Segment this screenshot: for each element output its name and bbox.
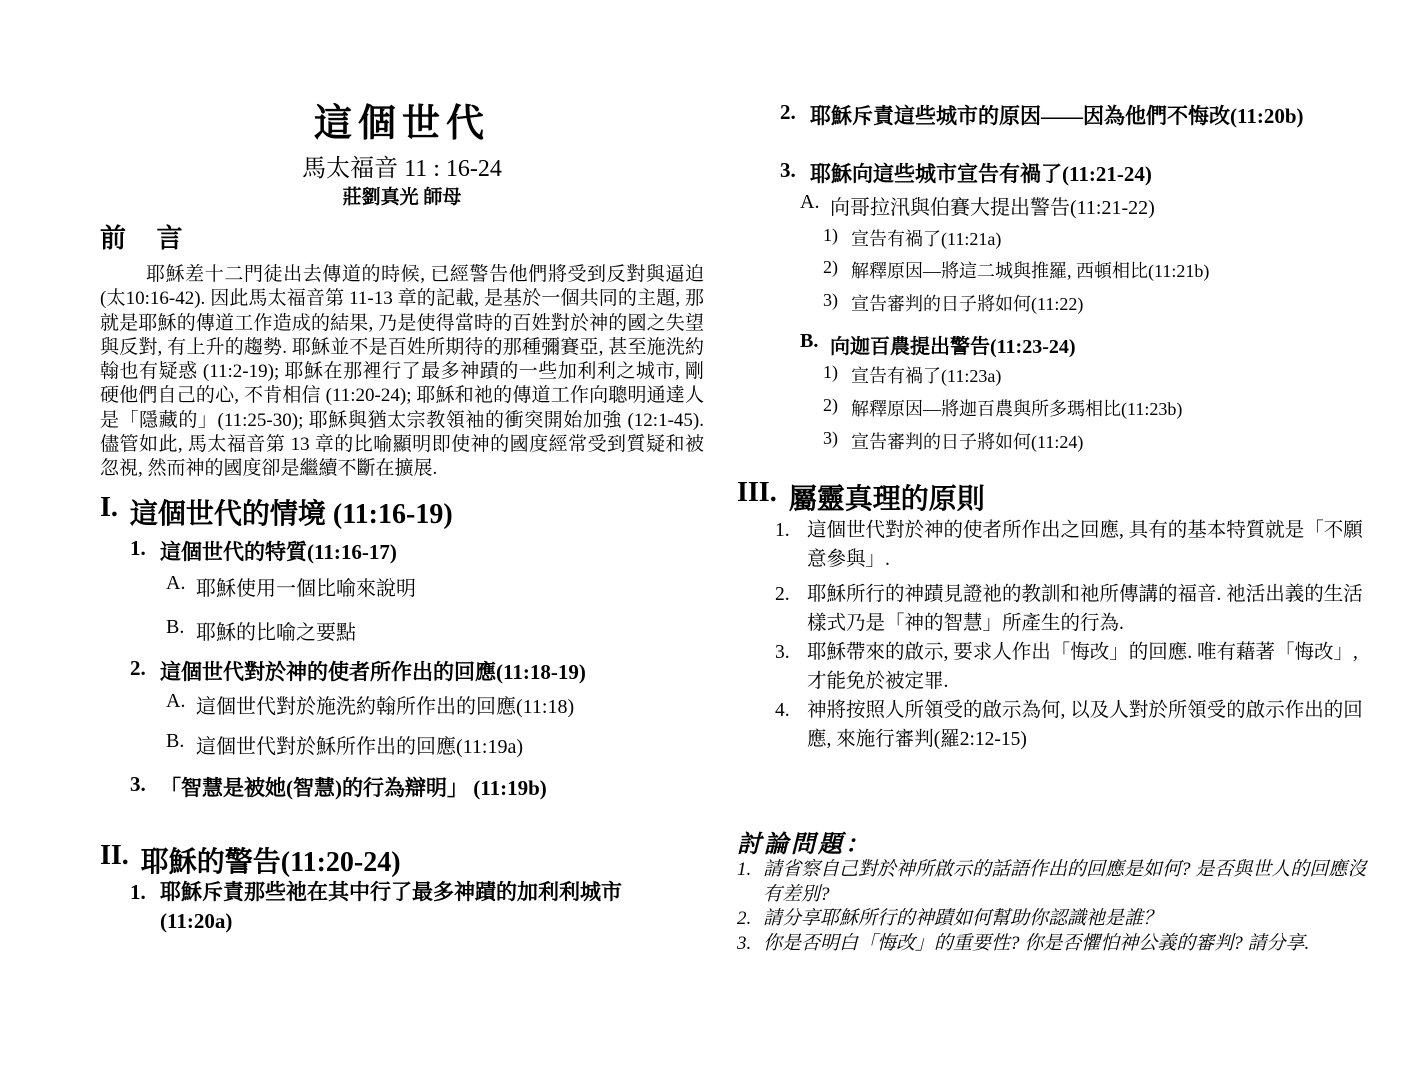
discussion-questions: 1. 請省察自己對於神所啟示的話語作出的回應是如何? 是否與世人的回應沒有差別?… bbox=[737, 858, 1377, 956]
section-title: 耶穌的警告(11:20-24) bbox=[141, 840, 401, 880]
item-text: 耶穌斥責這些城市的原因——因為他們不悔改(11:20b) bbox=[810, 100, 1304, 130]
item-text: 這個世代對於神的使者所作出的回應(11:18-19) bbox=[160, 656, 586, 686]
item-number: A. bbox=[166, 572, 196, 595]
item-number: B. bbox=[800, 330, 830, 353]
item-text: 這個世代對於穌所作出的回應(11:19a) bbox=[196, 730, 523, 759]
outline-item-2-3-a-3: 3) 宣告審判的日子將如何(11:22) bbox=[823, 290, 1083, 316]
outline-item-1-1-a: A. 耶穌使用一個比喻來說明 bbox=[166, 572, 416, 601]
item-text: 請省察自己對於神所啟示的話語作出的回應是如何? 是否與世人的回應沒有差別? bbox=[763, 858, 1377, 907]
outline-item-2-3-b-2: 2) 解釋原因—將迦百農與所多瑪相比(11:23b) bbox=[823, 395, 1182, 421]
item-text: 向哥拉汛與伯賽大提出警告(11:21-22) bbox=[830, 191, 1155, 220]
principle-3: 3. 耶穌帶來的啟示, 要求人作出「悔改」的回應. 唯有藉著「悔改」, 才能免於… bbox=[775, 638, 1365, 696]
left-column: 這個世代 馬太福音 11 : 16-24 莊劉真光 師母 前 言 耶穌差十二門徒… bbox=[100, 0, 704, 1088]
item-number: 1. bbox=[130, 536, 160, 561]
section-title: 這個世代的情境 (11:16-19) bbox=[130, 492, 453, 532]
item-number: B. bbox=[166, 616, 196, 639]
author-name: 莊劉真光 師母 bbox=[100, 182, 704, 209]
outline-item-2-3: 3. 耶穌向這些城市宣告有禍了(11:21-24) bbox=[780, 158, 1152, 188]
outline-item-1-2-a: A. 這個世代對於施洗約翰所作出的回應(11:18) bbox=[166, 690, 574, 719]
principle-4: 4. 神將按照人所領受的啟示為何, 以及人對於所領受的啟示作出的回應, 來施行審… bbox=[775, 696, 1365, 754]
item-text: 「智慧是被她(智慧)的行為辯明」 (11:19b) bbox=[160, 772, 547, 802]
page-title: 這個世代 bbox=[100, 92, 704, 147]
outline-item-2-3-b: B. 向迦百農提出警告(11:23-24) bbox=[800, 330, 1076, 359]
item-text: 解釋原因—將這二城與推羅, 西頓相比(11:21b) bbox=[851, 257, 1209, 283]
outline-item-1-3: 3. 「智慧是被她(智慧)的行為辯明」 (11:19b) bbox=[130, 772, 547, 802]
item-number: 1) bbox=[823, 225, 851, 246]
section-number: II. bbox=[100, 840, 129, 872]
item-number: 1. bbox=[737, 858, 763, 883]
section-title: 屬靈真理的原則 bbox=[789, 477, 985, 517]
item-number: 2. bbox=[780, 100, 810, 125]
item-number: A. bbox=[166, 690, 196, 713]
section-heading-3: III. 屬靈真理的原則 bbox=[737, 477, 985, 517]
discussion-question-1: 1. 請省察自己對於神所啟示的話語作出的回應是如何? 是否與世人的回應沒有差別? bbox=[737, 858, 1377, 907]
foreword-paragraph: 耶穌差十二門徒出去傳道的時候, 已經警告他們將受到反對與逼迫(太10:16-42… bbox=[100, 263, 704, 482]
item-number: 1) bbox=[823, 362, 851, 383]
section-number: I. bbox=[100, 492, 118, 524]
item-text: 神將按照人所領受的啟示為何, 以及人對於所領受的啟示作出的回應, 來施行審判(羅… bbox=[807, 696, 1365, 754]
item-text: 耶穌使用一個比喻來說明 bbox=[196, 572, 416, 601]
outline-item-1-1-b: B. 耶穌的比喻之要點 bbox=[166, 616, 356, 645]
item-number: 1. bbox=[775, 516, 807, 545]
item-number: 3. bbox=[775, 638, 807, 667]
discussion-heading: 討論問題： bbox=[737, 824, 872, 859]
section-heading-1: I. 這個世代的情境 (11:16-19) bbox=[100, 492, 453, 532]
item-number: 3. bbox=[737, 932, 763, 957]
item-text: 這個世代對於施洗約翰所作出的回應(11:18) bbox=[196, 690, 574, 719]
outline-item-1-2-b: B. 這個世代對於穌所作出的回應(11:19a) bbox=[166, 730, 523, 759]
outline-item-2-3-a-1: 1) 宣告有禍了(11:21a) bbox=[823, 225, 1001, 251]
item-number: 3) bbox=[823, 428, 851, 449]
item-text: 向迦百農提出警告(11:23-24) bbox=[830, 330, 1076, 359]
item-number: 3) bbox=[823, 290, 851, 311]
item-text: 耶穌所行的神蹟見證祂的教訓和祂所傳講的福音. 祂活出義的生活樣式乃是「神的智慧」… bbox=[807, 580, 1365, 638]
item-number: 3. bbox=[780, 158, 810, 183]
item-text: 這個世代的特質(11:16-17) bbox=[160, 536, 397, 566]
outline-item-2-1: 1. 耶穌斥責那些祂在其中行了最多神蹟的加利利城市 (11:20a) bbox=[130, 878, 678, 936]
item-text: 你是否明白「悔改」的重要性? 你是否懼怕神公義的審判? 請分享. bbox=[763, 932, 1377, 957]
outline-item-2-3-a-2: 2) 解釋原因—將這二城與推羅, 西頓相比(11:21b) bbox=[823, 257, 1209, 283]
principle-1: 1. 這個世代對於神的使者所作出之回應, 具有的基本特質就是「不願意參與」. bbox=[775, 516, 1365, 574]
item-number: 2. bbox=[775, 580, 807, 609]
document-page: 這個世代 馬太福音 11 : 16-24 莊劉真光 師母 前 言 耶穌差十二門徒… bbox=[0, 0, 1408, 1088]
item-text: 耶穌斥責那些祂在其中行了最多神蹟的加利利城市 (11:20a) bbox=[160, 878, 678, 936]
item-text: 宣告審判的日子將如何(11:24) bbox=[851, 428, 1083, 454]
discussion-question-3: 3. 你是否明白「悔改」的重要性? 你是否懼怕神公義的審判? 請分享. bbox=[737, 932, 1377, 957]
item-number: 2. bbox=[737, 907, 763, 932]
item-number: 2) bbox=[823, 257, 851, 278]
item-number: A. bbox=[800, 191, 830, 214]
item-text: 這個世代對於神的使者所作出之回應, 具有的基本特質就是「不願意參與」. bbox=[807, 516, 1365, 574]
item-text: 宣告有禍了(11:23a) bbox=[851, 362, 1001, 388]
outline-item-2-3-b-1: 1) 宣告有禍了(11:23a) bbox=[823, 362, 1001, 388]
item-text: 耶穌的比喻之要點 bbox=[196, 616, 356, 645]
principle-2: 2. 耶穌所行的神蹟見證祂的教訓和祂所傳講的福音. 祂活出義的生活樣式乃是「神的… bbox=[775, 580, 1365, 638]
item-number: 4. bbox=[775, 696, 807, 725]
right-column: 2. 耶穌斥責這些城市的原因——因為他們不悔改(11:20b) 3. 耶穌向這些… bbox=[737, 0, 1385, 1088]
outline-item-2-3-b-3: 3) 宣告審判的日子將如何(11:24) bbox=[823, 428, 1083, 454]
outline-item-1-1: 1. 這個世代的特質(11:16-17) bbox=[130, 536, 397, 566]
item-text: 解釋原因—將迦百農與所多瑪相比(11:23b) bbox=[851, 395, 1182, 421]
item-text: 耶穌帶來的啟示, 要求人作出「悔改」的回應. 唯有藉著「悔改」, 才能免於被定罪… bbox=[807, 638, 1365, 696]
item-number: 2. bbox=[130, 656, 160, 681]
scripture-reference: 馬太福音 11 : 16-24 bbox=[100, 148, 704, 183]
item-text: 宣告有禍了(11:21a) bbox=[851, 225, 1001, 251]
outline-item-2-3-a: A. 向哥拉汛與伯賽大提出警告(11:21-22) bbox=[800, 191, 1155, 220]
discussion-question-2: 2. 請分享耶穌所行的神蹟如何幫助你認識祂是誰？ bbox=[737, 907, 1377, 932]
item-text: 耶穌向這些城市宣告有禍了(11:21-24) bbox=[810, 158, 1152, 188]
section-heading-2: II. 耶穌的警告(11:20-24) bbox=[100, 840, 401, 880]
outline-item-2-2: 2. 耶穌斥責這些城市的原因——因為他們不悔改(11:20b) bbox=[780, 100, 1304, 130]
section-number: III. bbox=[737, 477, 777, 509]
item-text: 宣告審判的日子將如何(11:22) bbox=[851, 290, 1083, 316]
item-number: B. bbox=[166, 730, 196, 753]
outline-item-1-2: 2. 這個世代對於神的使者所作出的回應(11:18-19) bbox=[130, 656, 586, 686]
item-text: 請分享耶穌所行的神蹟如何幫助你認識祂是誰？ bbox=[763, 907, 1377, 932]
item-number: 2) bbox=[823, 395, 851, 416]
item-number: 1. bbox=[130, 878, 160, 907]
item-number: 3. bbox=[130, 772, 160, 797]
foreword-heading: 前 言 bbox=[100, 218, 195, 255]
